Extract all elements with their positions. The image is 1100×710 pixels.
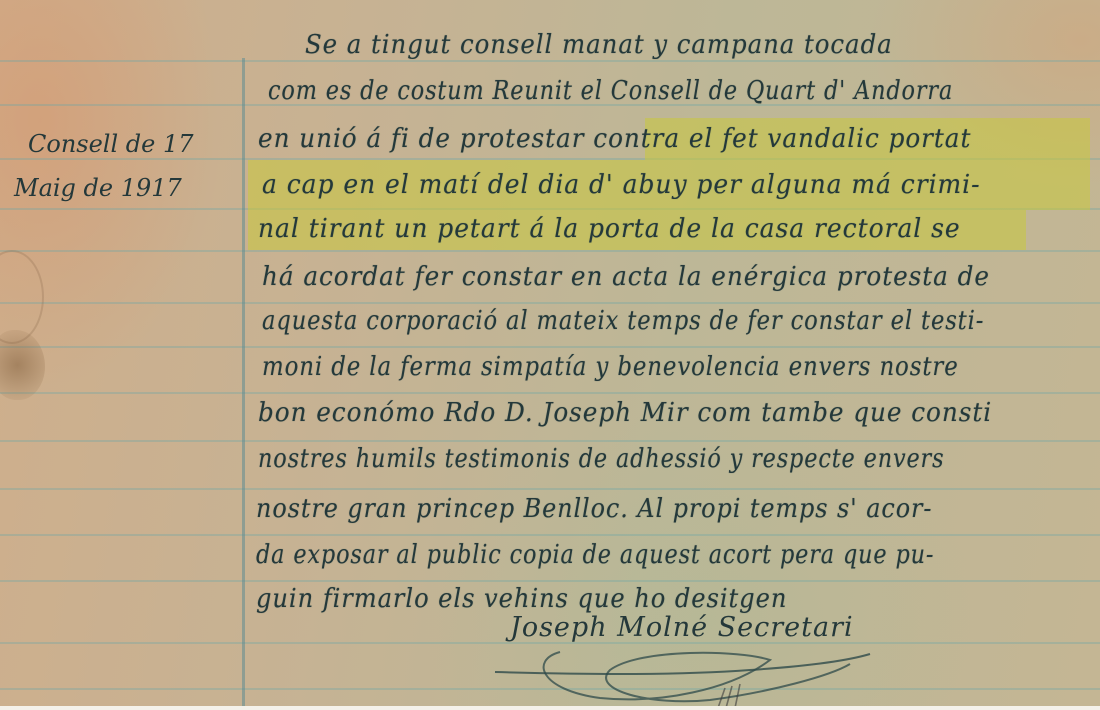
paper-stain	[0, 330, 45, 400]
ruled-line	[0, 534, 1100, 536]
margin-note-line-2: Maig de 1917	[14, 174, 182, 202]
ruled-line	[0, 302, 1100, 304]
body-line: com es de costum Reunit el Consell de Qu…	[268, 76, 953, 106]
ruled-line	[0, 488, 1100, 490]
body-line: guin firmarlo els vehins que ho desitgen	[256, 584, 787, 614]
body-line: a cap en el matí del dia d' abuy per alg…	[262, 170, 981, 200]
body-line: nal tirant un petart á la porta de la ca…	[258, 214, 961, 244]
body-line: nostres humils testimonis de adhessió y …	[258, 444, 944, 474]
image-border	[0, 706, 1100, 710]
ruled-line	[0, 250, 1100, 252]
ruled-line	[0, 392, 1100, 394]
body-line: moni de la ferma simpatía y benevolencia…	[262, 352, 959, 382]
body-line: da exposar al public copia de aquest aco…	[256, 540, 934, 570]
body-line: aquesta corporació al mateix temps de fe…	[262, 306, 984, 336]
ruled-line	[0, 580, 1100, 582]
body-line: há acordat fer constar en acta la enérgi…	[262, 262, 990, 292]
signature: Joseph Molné Secretari	[510, 612, 854, 643]
body-line: bon económo Rdo D. Joseph Mir com tambe …	[258, 398, 992, 428]
body-line: en unió á fi de protestar contra el fet …	[258, 124, 971, 154]
body-line: nostre gran princep Benlloc. Al propi te…	[256, 494, 932, 524]
margin-note-line-1: Consell de 17	[28, 130, 194, 158]
body-line: Se a tingut consell manat y campana toca…	[305, 30, 893, 60]
signature-flourish	[490, 640, 910, 706]
ruled-line	[0, 440, 1100, 442]
margin-line	[242, 58, 245, 706]
ruled-line	[0, 60, 1100, 62]
document-page: Consell de 17 Maig de 1917 Se a tingut c…	[0, 0, 1100, 706]
ruled-line	[0, 346, 1100, 348]
